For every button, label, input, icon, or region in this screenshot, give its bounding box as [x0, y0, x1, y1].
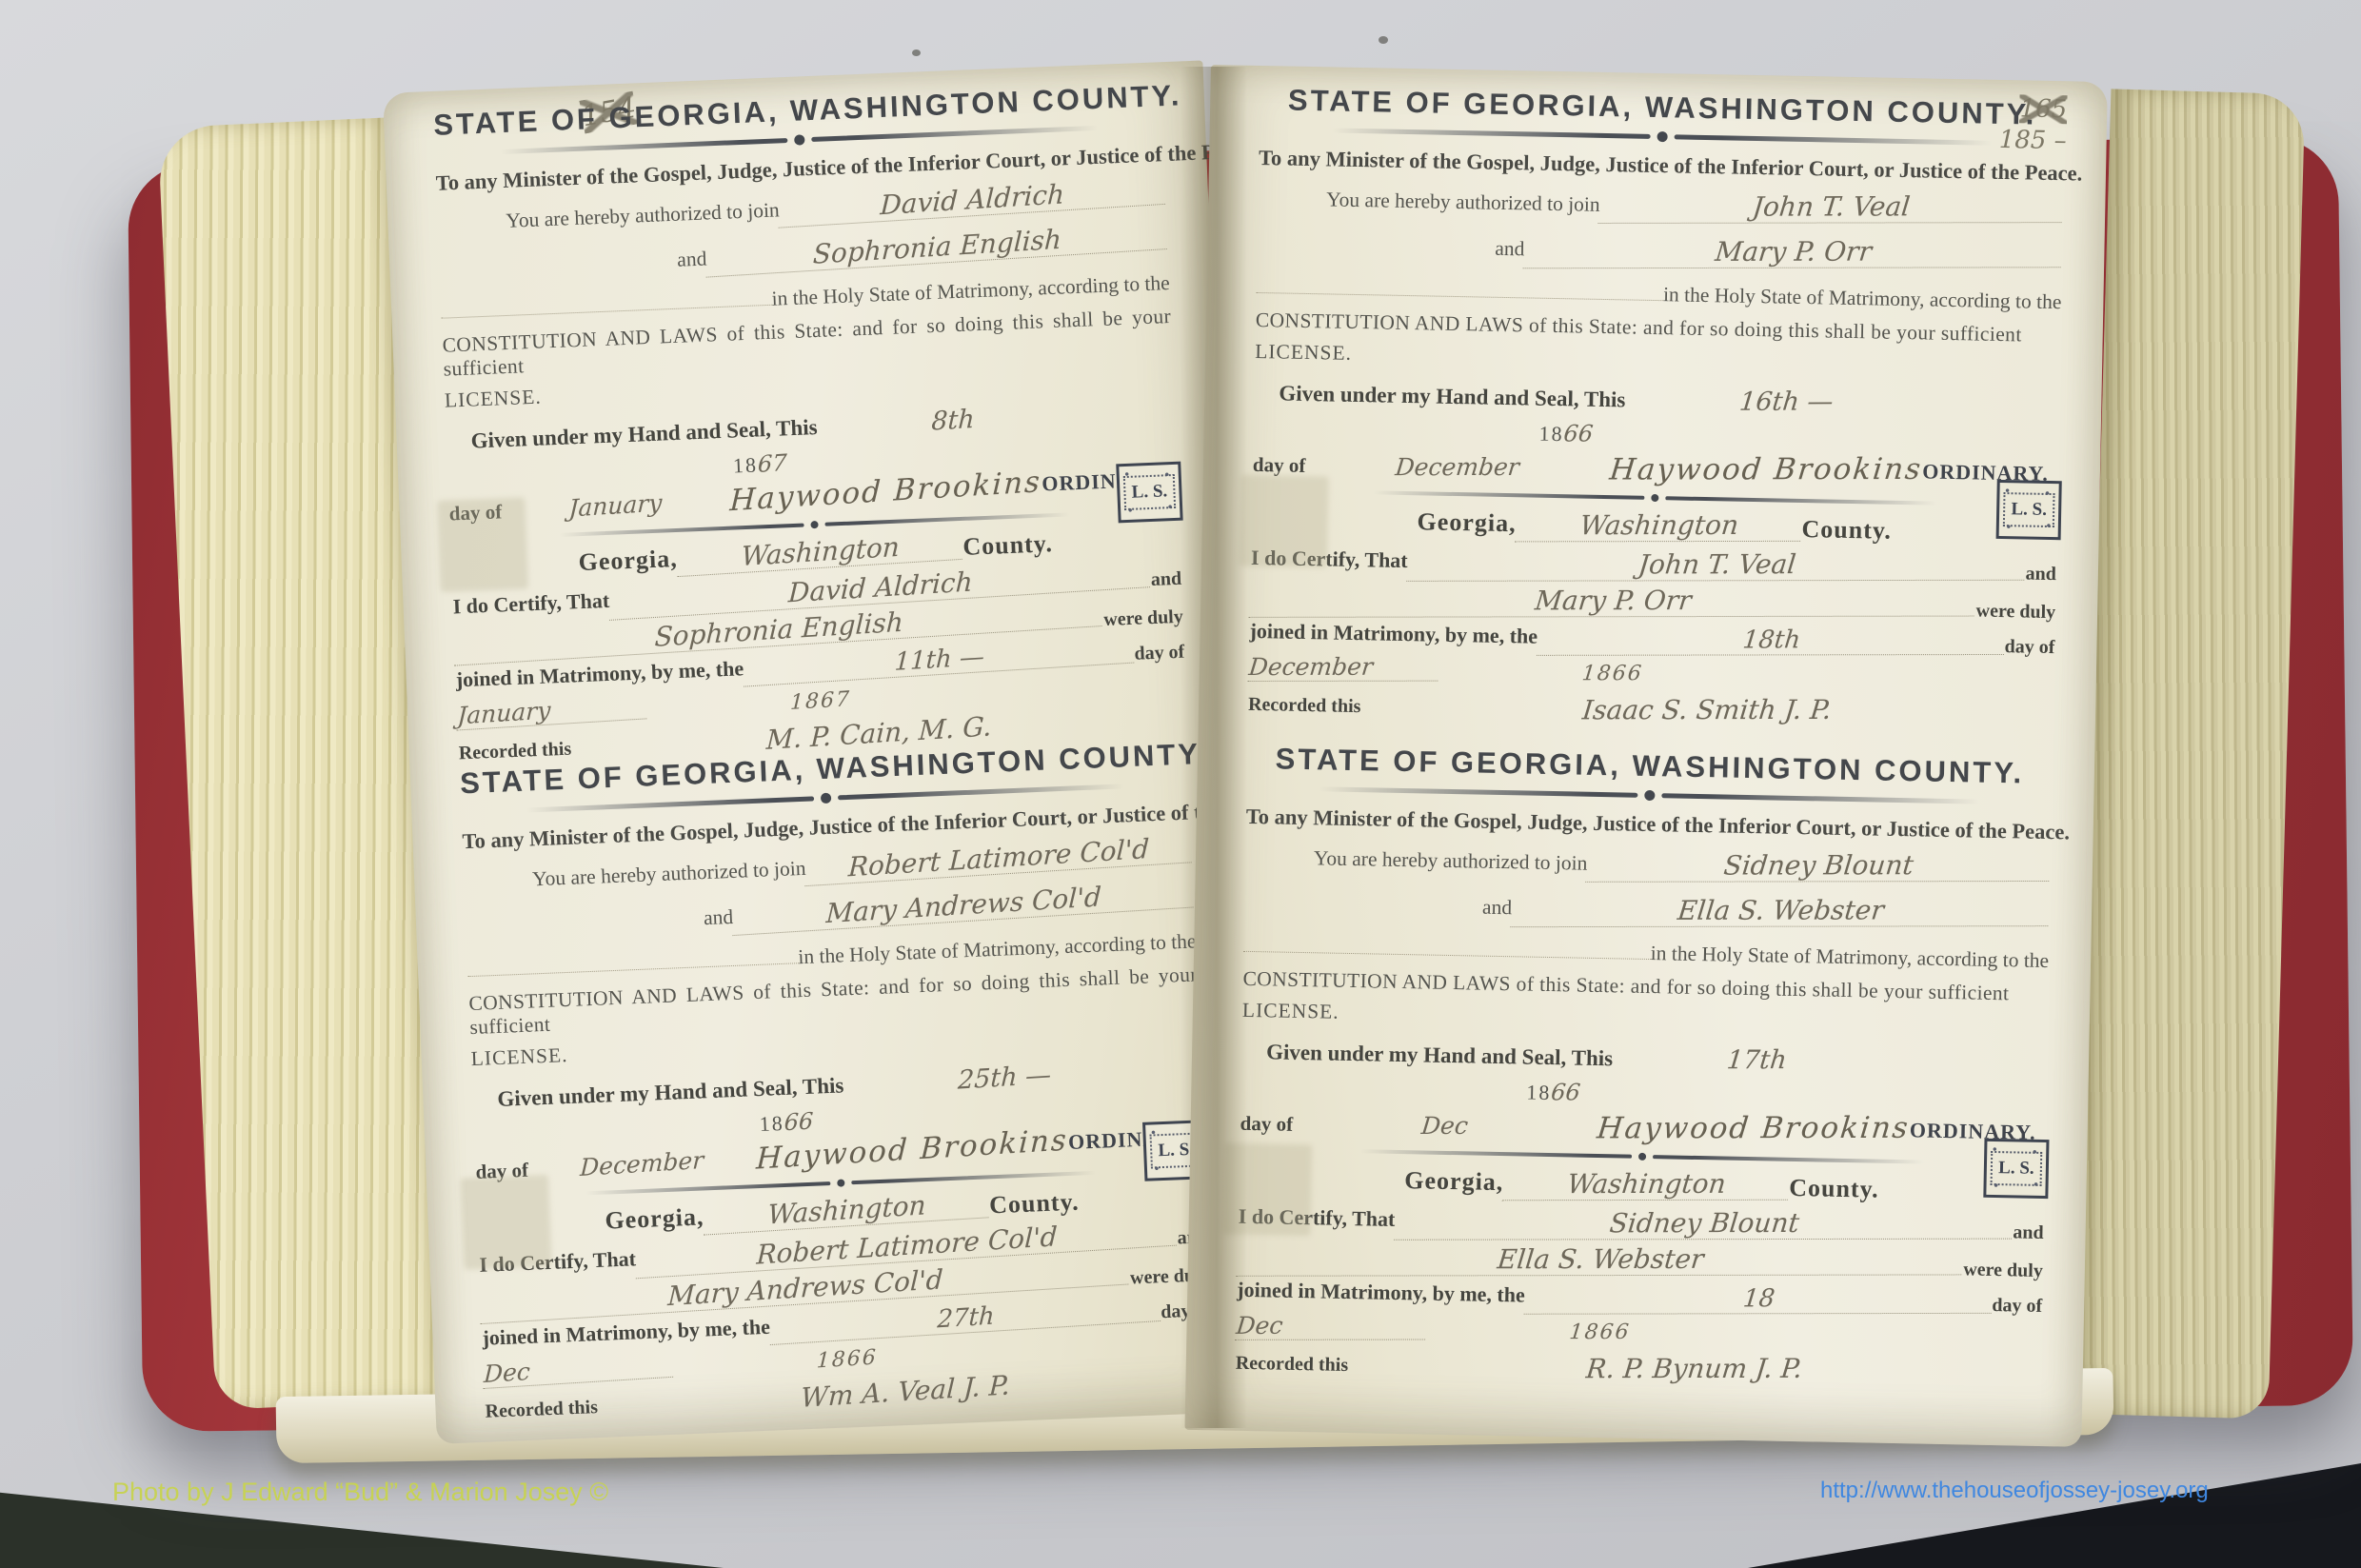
and-label: and: [677, 247, 707, 271]
ordinary-signature: Haywood Brookins: [1596, 1110, 1912, 1145]
marriage-record-aldrich-english: STATE OF GEORGIA, WASHINGTON COUNTY. To …: [383, 60, 1229, 751]
license-label: LICENSE.: [445, 385, 543, 412]
address-line: To any Minister of the Gospel, Judge, Ju…: [1246, 804, 2052, 844]
matrimony-line: in the Holy State of Matrimony, accordin…: [1663, 283, 2062, 314]
license-label: LICENSE.: [1255, 340, 1352, 366]
and-suffix: and: [2013, 1221, 2044, 1244]
license-year: 67: [757, 449, 787, 478]
license-month: January: [502, 485, 731, 526]
day-of-suffix: day of: [2004, 636, 2054, 659]
certify-label: I do Certify, That: [452, 588, 610, 620]
license-label: LICENSE.: [470, 1043, 568, 1071]
married-day: 18th: [1536, 625, 2006, 656]
dust-speck: [1379, 36, 1388, 44]
married-month: December: [1247, 652, 1440, 681]
given-label: Given under my Hand and Seal, This: [470, 415, 818, 454]
matrimony-line: in the Holy State of Matrimony, accordin…: [798, 929, 1197, 969]
day-of-label: day of: [1240, 1111, 1293, 1136]
married-year: 1867: [789, 687, 851, 715]
blank-line: [1256, 269, 1663, 301]
married-day: 18: [1523, 1283, 1994, 1314]
license-day: 8th: [931, 404, 976, 436]
county-handwritten: Washington: [1502, 1167, 1792, 1201]
ghost-seal-bleedthrough: [1240, 475, 1329, 568]
and-label: and: [1482, 896, 1513, 921]
were-duly-label: were duly: [1963, 1259, 2043, 1282]
photo-of-marriage-record-book: 154 STATE OF GEORGIA, WASHINGTON COUNTY.…: [0, 0, 2361, 1568]
given-label: Given under my Hand and Seal, This: [1279, 381, 1626, 412]
ls-seal: L. S.: [1116, 462, 1182, 524]
bride-name: Mary P. Orr: [1523, 235, 2064, 268]
license-month: Dec: [1292, 1111, 1599, 1140]
county-label: County.: [962, 529, 1054, 562]
blank-line: [441, 282, 772, 319]
right-page-stack-edge: [2074, 89, 2306, 1419]
recorded-label: Recorded this: [485, 1397, 598, 1423]
license-month: December: [1304, 452, 1612, 481]
georgia-label: Georgia,: [578, 545, 678, 577]
authorize-label: You are hereby authorized to join: [506, 198, 780, 233]
certify-bride: Mary P. Orr: [1249, 584, 1978, 617]
georgia-label: Georgia,: [1404, 1166, 1504, 1197]
authorize-label: You are hereby authorized to join: [1326, 188, 1600, 217]
and-suffix: and: [1150, 567, 1181, 590]
website-watermark: http://www.thehouseofjossey-josey.org: [1820, 1478, 2209, 1504]
marriage-record-veal-orr: STATE OF GEORGIA, WASHINGTON COUNTY. To …: [1199, 65, 2108, 741]
license-label: LICENSE.: [1242, 998, 1339, 1023]
record-header: STATE OF GEORGIA, WASHINGTON COUNTY.: [1260, 83, 2066, 132]
georgia-label: Georgia,: [605, 1202, 704, 1235]
license-day: 16th —: [1738, 387, 1835, 416]
year-prefix: 18: [732, 452, 758, 478]
year-prefix: 18: [759, 1111, 784, 1137]
were-duly-label: were duly: [1975, 600, 2055, 624]
and-label: and: [704, 905, 734, 930]
married-year: 1866: [1581, 662, 1645, 685]
authorize-label: You are hereby authorized to join: [1314, 846, 1588, 876]
license-month: December: [527, 1142, 757, 1184]
matrimony-line: in the Holy State of Matrimony, accordin…: [1651, 942, 2050, 973]
joined-label: joined in Matrimony, by me, the: [1237, 1277, 1525, 1307]
ls-seal: L. S.: [1983, 1139, 2049, 1199]
georgia-label: Georgia,: [1417, 507, 1517, 538]
certify-groom: Sidney Blount: [1394, 1206, 2015, 1240]
license-day: 17th: [1726, 1045, 1789, 1075]
joined-label: joined in Matrimony, by me, the: [1249, 619, 1538, 649]
section-ornament: [1360, 1147, 1924, 1165]
left-page: 154 STATE OF GEORGIA, WASHINGTON COUNTY.…: [383, 60, 1257, 1443]
matrimony-line: in the Holy State of Matrimony, accordin…: [771, 271, 1170, 311]
recorded-label: Recorded this: [1248, 694, 1361, 718]
married-month: Dec: [1235, 1311, 1428, 1340]
record-header: STATE OF GEORGIA, WASHINGTON COUNTY.: [1247, 742, 2053, 791]
section-ornament: [1373, 488, 1936, 506]
county-label: County.: [1801, 515, 1892, 546]
married-month: January: [457, 690, 648, 730]
license-year: 66: [1562, 420, 1594, 447]
year-prefix: 18: [1538, 421, 1563, 446]
marriage-record-latimore-andrews: STATE OF GEORGIA, WASHINGTON COUNTY. To …: [409, 719, 1256, 1410]
groom-name: Sidney Blount: [1586, 849, 2053, 883]
married-year: 1866: [1568, 1320, 1632, 1344]
blank-line: [1243, 928, 1651, 960]
year-prefix: 18: [1526, 1080, 1551, 1104]
certify-groom: John T. Veal: [1406, 547, 2028, 581]
day-of-suffix: day of: [1992, 1295, 2042, 1318]
married-year: 1866: [816, 1345, 878, 1373]
address-line: To any Minister of the Gospel, Judge, Ju…: [1259, 146, 2064, 186]
and-suffix: and: [2025, 563, 2056, 586]
day-of-suffix: day of: [1134, 641, 1185, 665]
married-month: Dec: [483, 1348, 674, 1388]
county-label: County.: [1789, 1174, 1879, 1204]
and-label: and: [1495, 237, 1525, 262]
book-gutter-shadow: [1180, 67, 1247, 1428]
license-year: 66: [784, 1107, 814, 1136]
officiant-signature: R. P. Bynum J. P.: [1346, 1352, 2042, 1384]
officiant-signature: Isaac S. Smith J. P.: [1359, 693, 2055, 725]
blank-line: [466, 940, 798, 977]
day-of-label: day of: [1253, 453, 1306, 478]
ordinary-signature: Haywood Brookins: [1608, 452, 1924, 487]
certify-bride: Ella S. Webster: [1236, 1242, 1965, 1276]
given-label: Given under my Hand and Seal, This: [497, 1073, 844, 1112]
given-label: Given under my Hand and Seal, This: [1266, 1040, 1614, 1071]
authorize-label: You are hereby authorized to join: [532, 857, 806, 892]
recorded-label: Recorded this: [1236, 1352, 1349, 1376]
marriage-record-blount-webster: STATE OF GEORGIA, WASHINGTON COUNTY. To …: [1185, 724, 2094, 1399]
license-year: 66: [1550, 1079, 1581, 1105]
right-page: 165 185 – STATE OF GEORGIA, WASHINGTON C…: [1184, 65, 2107, 1447]
ghost-seal-bleedthrough: [461, 1175, 552, 1270]
ls-seal: L. S.: [1996, 480, 2062, 540]
were-duly-label: were duly: [1103, 605, 1183, 630]
county-label: County.: [989, 1187, 1081, 1220]
county-handwritten: Washington: [1515, 508, 1804, 542]
photo-credit-watermark: Photo by J Edward “Bud” & Marion Josey ©: [112, 1478, 608, 1507]
groom-name: John T. Veal: [1598, 190, 2065, 224]
dust-speck: [912, 50, 921, 56]
license-day: 25th —: [958, 1060, 1052, 1095]
bride-name: Ella S. Webster: [1510, 894, 2051, 927]
